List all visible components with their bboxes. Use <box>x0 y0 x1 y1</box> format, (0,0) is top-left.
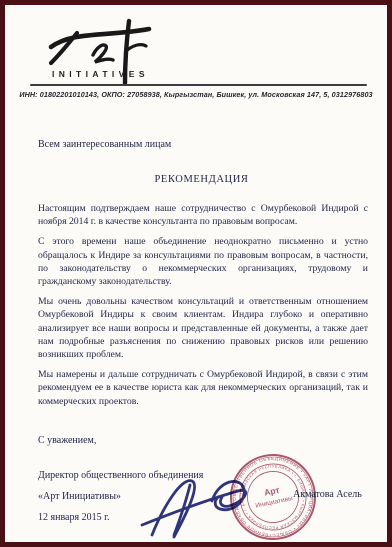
logo-subtext: INITIATIVES <box>52 69 149 79</box>
document-page: Art INITIATIVES ИНН: 01802201010143, ОКП… <box>0 0 392 547</box>
paragraph-2: С этого времени наше объединение неоднок… <box>38 235 368 288</box>
organization-name-line: «Арт Инициативы» <box>38 491 121 502</box>
paragraph-3: Мы очень довольны качеством консультаций… <box>38 295 368 361</box>
closing-line: С уважением, <box>38 435 96 446</box>
letter-title: РЕКОМЕНДАЦИЯ <box>38 174 365 185</box>
paragraph-4: Мы намерены и дальше сотрудничать с Омур… <box>38 368 368 408</box>
date-line: 12 января 2015 г. <box>38 512 110 523</box>
letter-body: Настоящим подтверждаем наше сотрудничест… <box>38 202 368 415</box>
addressee-line: Всем заинтересованным лицам <box>38 139 171 150</box>
handwritten-signature-icon <box>138 453 273 545</box>
logo-wordmark-text: Art <box>5 5 6 6</box>
header-divider <box>30 84 367 86</box>
company-info-line: ИНН: 01802201010143, ОКПО: 27058938, Кыр… <box>13 90 379 99</box>
paragraph-1: Настоящим подтверждаем наше сотрудничест… <box>38 202 368 228</box>
art-initiatives-logo-icon: INITIATIVES <box>43 15 173 87</box>
